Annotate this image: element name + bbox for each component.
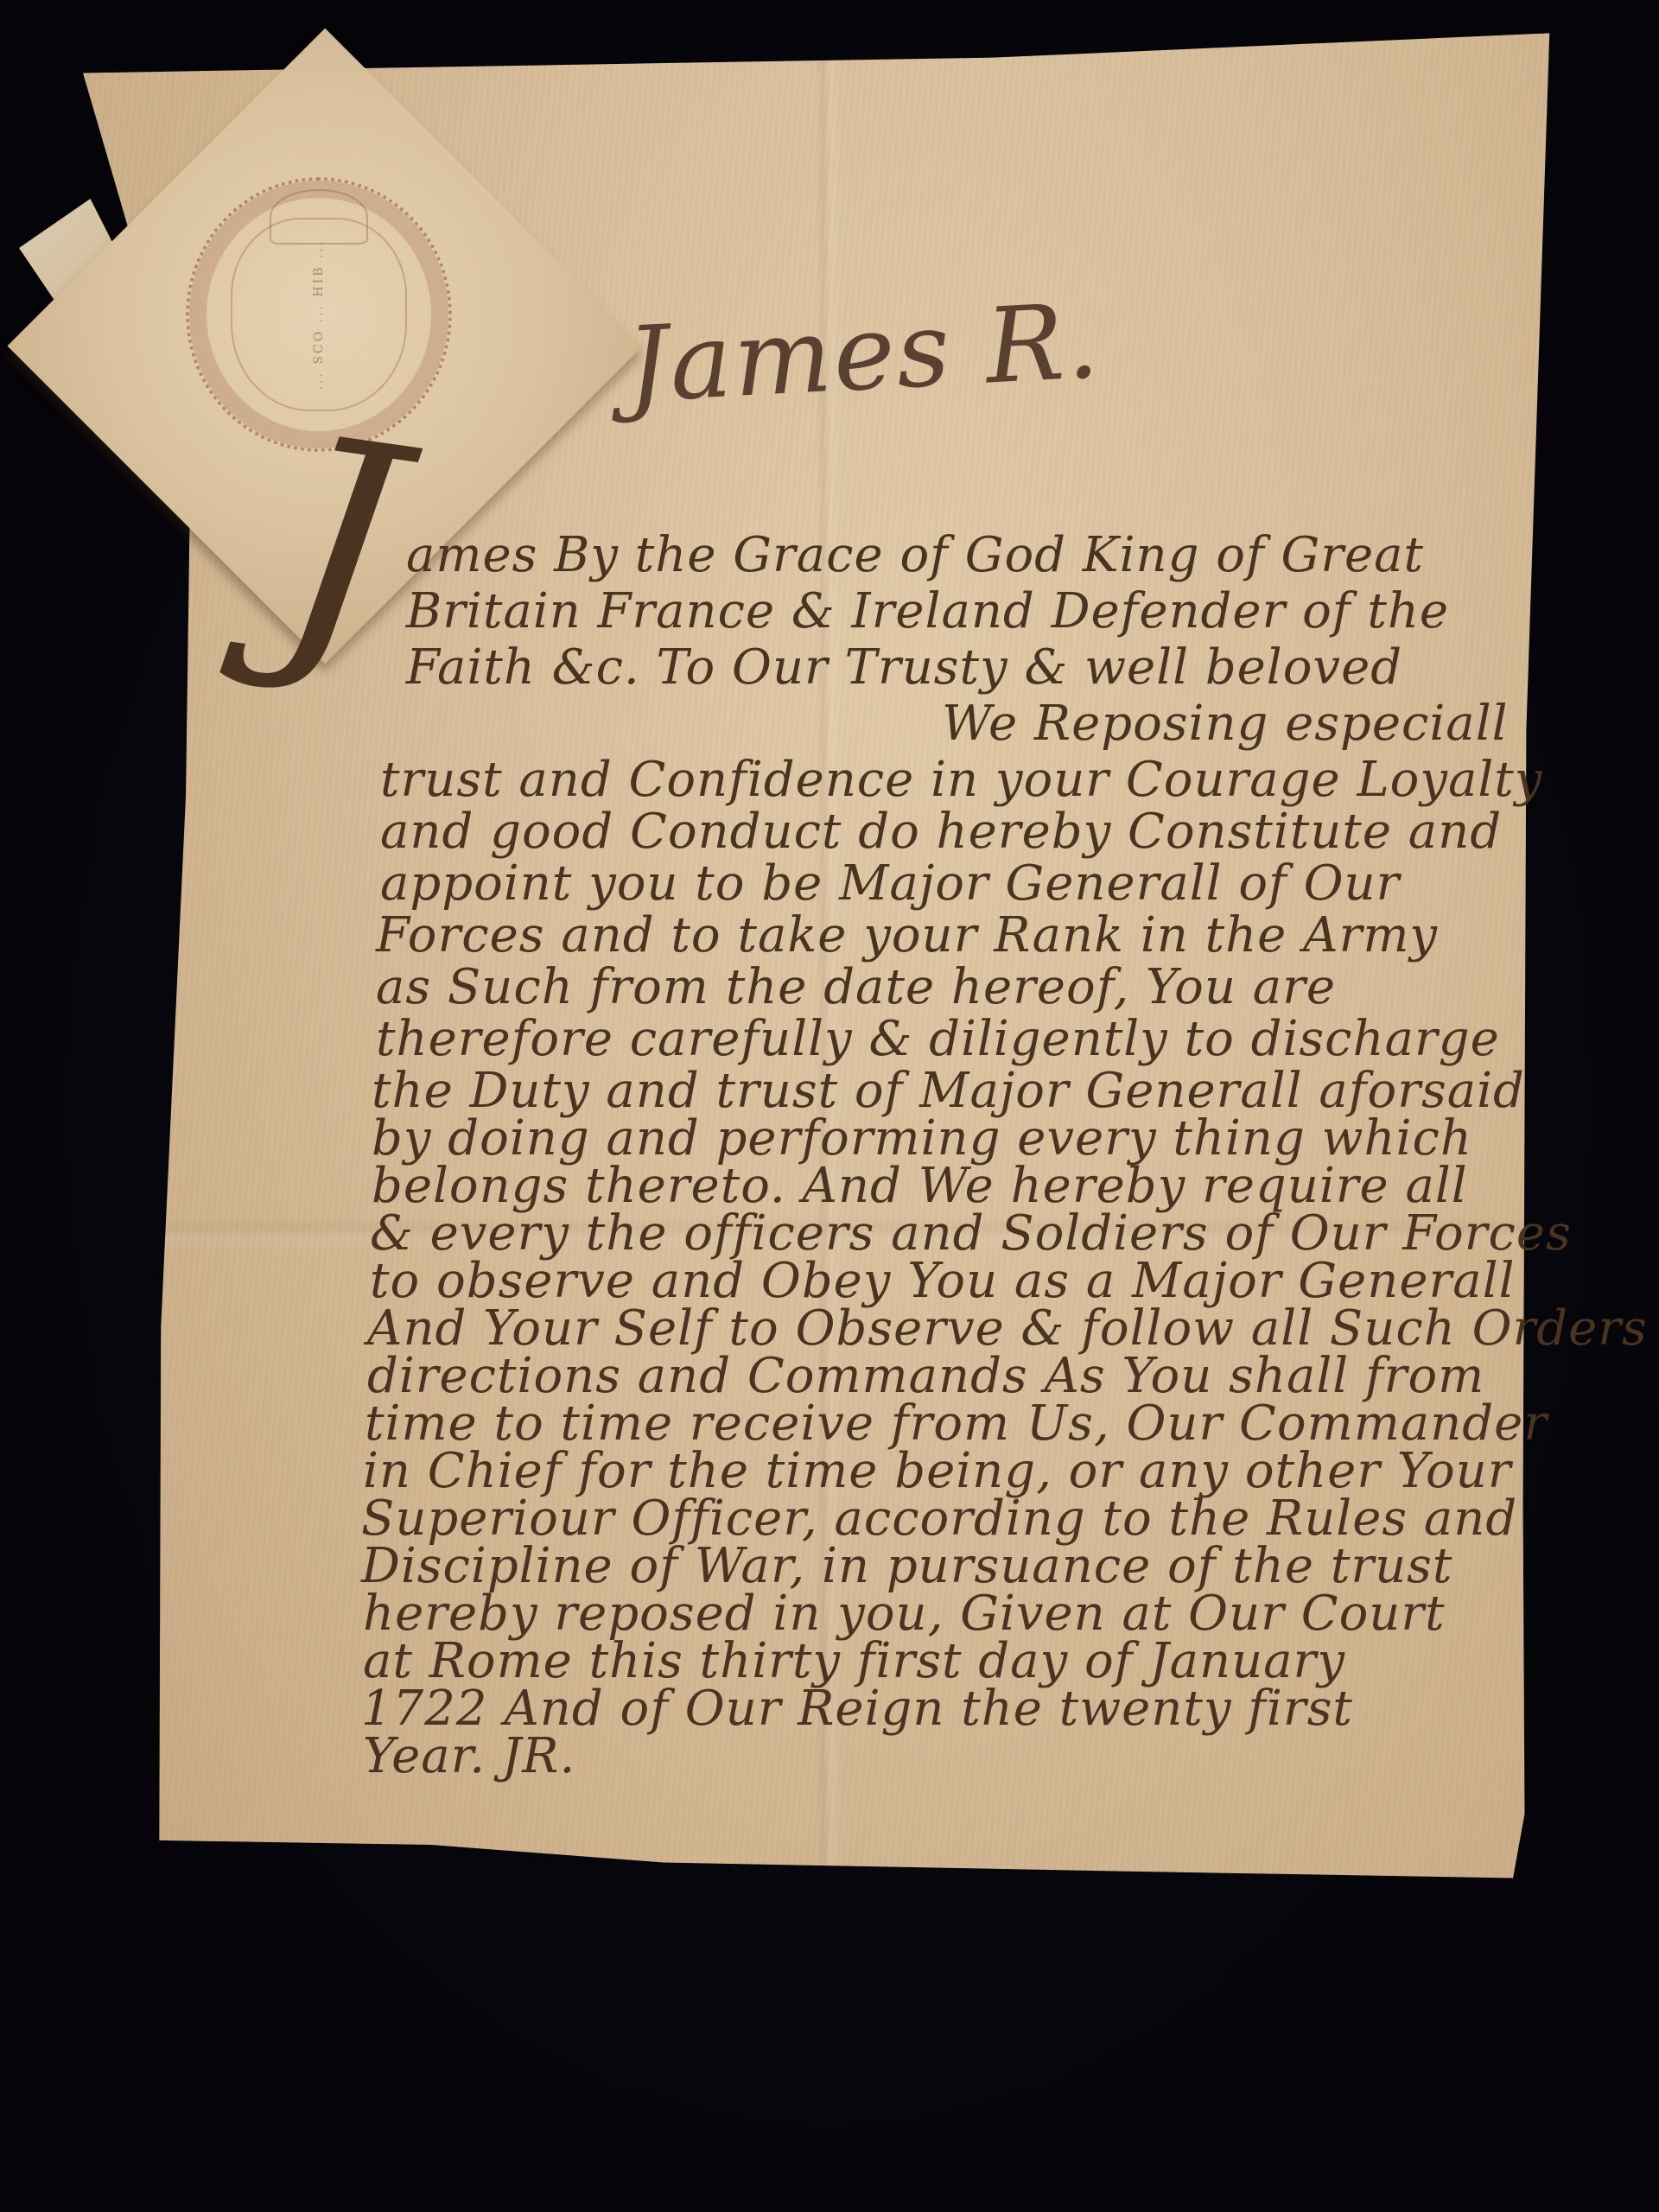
- text-line: & every the officers and Soldiers of Our…: [370, 1210, 1572, 1258]
- text-line: Faith &c. To Our Trusty & well beloved: [406, 644, 1402, 692]
- text-line: We Reposing especiall: [942, 700, 1509, 748]
- photo-stage: ... SCO ... HIB ... James R. J ames By t…: [0, 0, 1659, 2212]
- text-line: Discipline of War, in pursuance of the t…: [361, 1542, 1452, 1591]
- text-line: by doing and performing every thing whic…: [372, 1115, 1472, 1163]
- text-line: trust and Confidence in your Courage Loy…: [380, 756, 1542, 804]
- royal-signature: James R.: [624, 282, 1103, 427]
- text-line: Britain France & Ireland Defender of the: [406, 588, 1449, 636]
- text-line: hereby reposed in you, Given at Our Cour…: [363, 1590, 1446, 1638]
- text-line: ames By the Grace of God King of Great: [406, 531, 1424, 580]
- text-line: Forces and to take your Rank in the Army: [376, 912, 1438, 960]
- text-line: in Chief for the time being, or any othe…: [363, 1447, 1512, 1496]
- text-line: Year. JR.: [363, 1732, 575, 1781]
- text-line: at Rome this thirty first day of January: [363, 1637, 1345, 1686]
- text-line: and good Conduct do hereby Constitute an…: [380, 808, 1502, 856]
- text-line: to observe and Obey You as a Major Gener…: [370, 1257, 1515, 1306]
- text-line: directions and Commands As You shall fro…: [367, 1352, 1484, 1401]
- text-line: appoint you to be Major Generall of Our: [380, 860, 1400, 908]
- text-line: Superiour Officer, according to the Rule…: [361, 1495, 1517, 1543]
- text-line: belongs thereto. And We hereby require a…: [372, 1162, 1468, 1211]
- text-line: therefore carefully & diligently to disc…: [376, 1015, 1500, 1064]
- text-line: And Your Self to Observe & follow all Su…: [367, 1305, 1648, 1353]
- text-line: the Duty and trust of Major Generall afo…: [372, 1067, 1525, 1116]
- text-line: time to time receive from Us, Our Comman…: [365, 1400, 1548, 1448]
- text-line: as Such from the date hereof, You are: [376, 963, 1336, 1012]
- text-line: 1722 And of Our Reign the twenty first: [361, 1685, 1353, 1733]
